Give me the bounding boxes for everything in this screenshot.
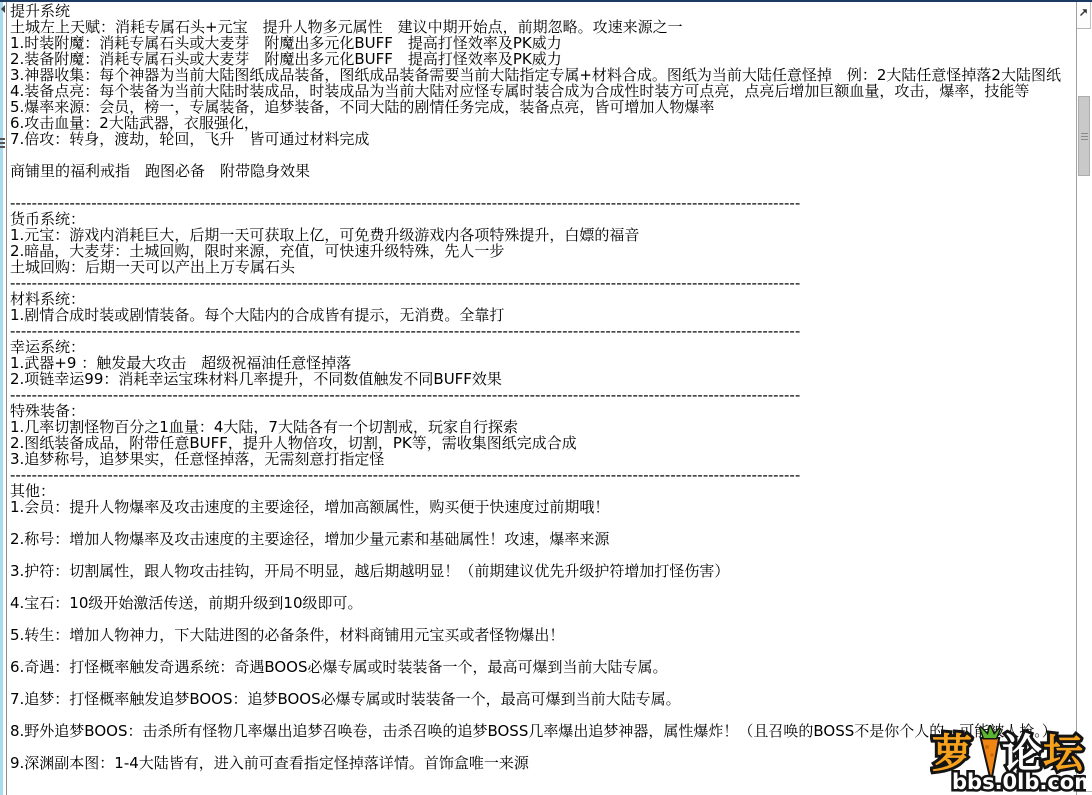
vertical-scrollbar[interactable] [1077, 2, 1092, 795]
scroll-arrow-icon [1079, 8, 1088, 17]
scroll-up-button[interactable] [1077, 2, 1091, 29]
window-top-border [0, 0, 1092, 2]
splitter-grip-icon[interactable] [0, 138, 5, 150]
scrollbar-thumb[interactable] [1078, 96, 1090, 176]
frame-left-strip [0, 2, 3, 795]
watermark-url: bbs.0lb.com [952, 770, 1086, 794]
left-frame-divider [6, 2, 7, 795]
post-content: 提升系统 土城左上天赋：消耗专属石头+元宝 提升人物多元属性 建议中期开始点，前… [10, 3, 1074, 793]
watermark-logo: 萝 论 坛 bbs.0lb.com [930, 725, 1086, 795]
frame-collapse-icon[interactable] [1, 5, 5, 13]
